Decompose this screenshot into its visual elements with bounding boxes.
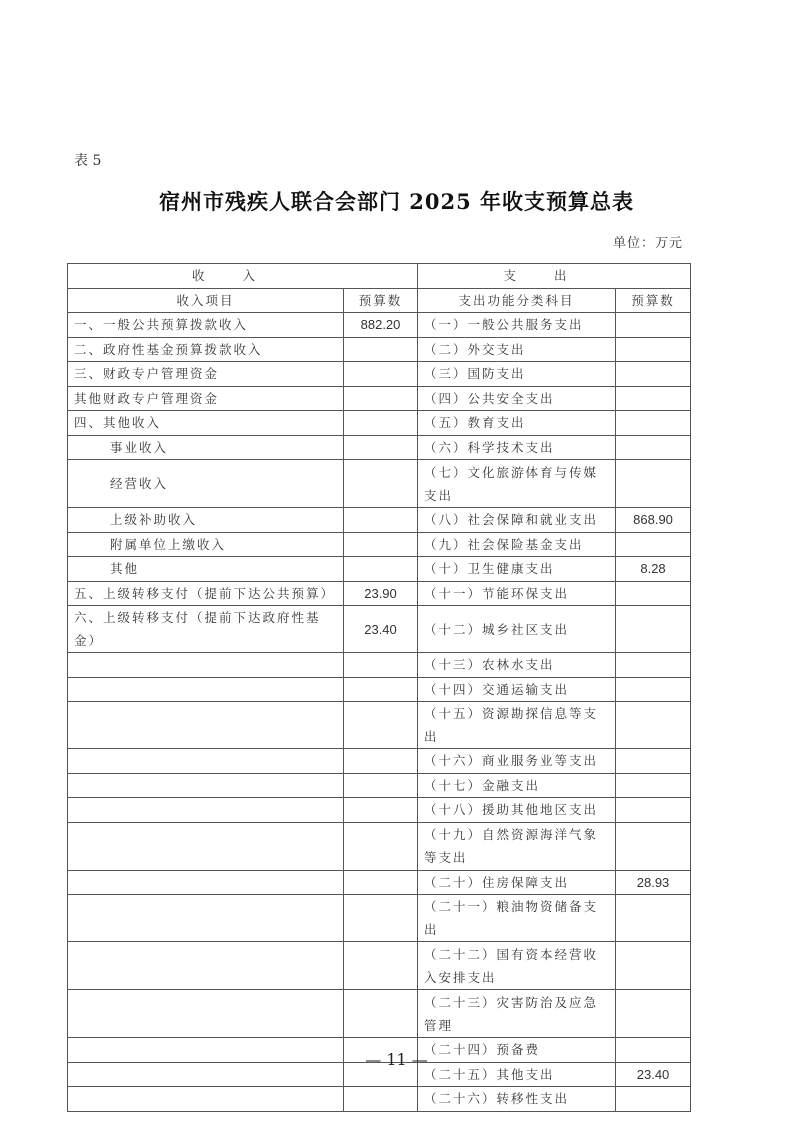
unit-label: 单位：万元	[613, 232, 683, 251]
expense-item-cell: （六）科学技术支出	[418, 435, 616, 460]
expense-section-header: 支出	[418, 264, 691, 289]
income-amount-cell	[344, 702, 418, 749]
expense-amount-cell	[616, 749, 691, 774]
table-row: （十三）农林水支出	[68, 653, 691, 678]
expense-item-cell: （二十一）粮油物资储备支出	[418, 895, 616, 942]
expense-item-cell: （七）文化旅游体育与传媒支出	[418, 460, 616, 508]
expense-item-header: 支出功能分类科目	[418, 288, 616, 313]
table-row: （二十一）粮油物资储备支出	[68, 895, 691, 942]
expense-item-cell: （十四）交通运输支出	[418, 677, 616, 702]
budget-summary-table: 收入 支出 收入项目 预算数 支出功能分类科目 预算数 一、一般公共预算拨款收入…	[67, 263, 691, 1112]
table-row: 三、财政专户管理资金（三）国防支出	[68, 362, 691, 387]
expense-amount-cell	[616, 435, 691, 460]
income-amount-cell	[344, 460, 418, 508]
income-item-cell: 事业收入	[68, 435, 344, 460]
expense-item-cell: （二）外交支出	[418, 337, 616, 362]
expense-amount-cell	[616, 822, 691, 870]
income-item-cell	[68, 990, 344, 1038]
table-row: 四、其他收入（五）教育支出	[68, 411, 691, 436]
income-item-cell: 其他	[68, 557, 344, 582]
income-amount-cell	[344, 508, 418, 533]
table-row: 五、上级转移支付（提前下达公共预算）23.90（十一）节能环保支出	[68, 581, 691, 606]
income-section-header: 收入	[68, 264, 418, 289]
income-item-cell: 六、上级转移支付（提前下达政府性基金）	[68, 606, 344, 653]
table-row: 经营收入（七）文化旅游体育与传媒支出	[68, 460, 691, 508]
column-header-row: 收入项目 预算数 支出功能分类科目 预算数	[68, 288, 691, 313]
income-amount-cell	[344, 895, 418, 942]
table-row: （二十）住房保障支出28.93	[68, 870, 691, 895]
income-item-cell: 一、一般公共预算拨款收入	[68, 313, 344, 338]
expense-item-cell: （九）社会保险基金支出	[418, 532, 616, 557]
income-item-cell	[68, 822, 344, 870]
expense-item-cell: （十五）资源勘探信息等支出	[418, 702, 616, 749]
expense-amount-cell	[616, 942, 691, 990]
expense-item-cell: （二十三）灾害防治及应急管理	[418, 990, 616, 1038]
income-amount-cell	[344, 870, 418, 895]
income-item-cell	[68, 702, 344, 749]
income-item-cell: 上级补助收入	[68, 508, 344, 533]
expense-amount-cell	[616, 411, 691, 436]
income-amount-cell: 23.40	[344, 606, 418, 653]
expense-amount-cell	[616, 532, 691, 557]
income-amount-cell	[344, 653, 418, 678]
table-row: 六、上级转移支付（提前下达政府性基金）23.40（十二）城乡社区支出	[68, 606, 691, 653]
expense-amount-cell	[616, 313, 691, 338]
expense-item-cell: （八）社会保障和就业支出	[418, 508, 616, 533]
expense-item-cell: （五）教育支出	[418, 411, 616, 436]
expense-item-cell: （十七）金融支出	[418, 773, 616, 798]
income-item-cell: 三、财政专户管理资金	[68, 362, 344, 387]
income-amount-cell	[344, 362, 418, 387]
table-row: （十四）交通运输支出	[68, 677, 691, 702]
expense-amount-cell	[616, 581, 691, 606]
income-item-cell	[68, 677, 344, 702]
expense-amount-cell: 8.28	[616, 557, 691, 582]
table-row: （十八）援助其他地区支出	[68, 798, 691, 823]
expense-amount-cell: 868.90	[616, 508, 691, 533]
income-amount-cell	[344, 773, 418, 798]
expense-item-cell: （二十六）转移性支出	[418, 1087, 616, 1112]
table-label: 表 5	[74, 150, 101, 170]
income-item-cell	[68, 749, 344, 774]
expense-amount-cell	[616, 460, 691, 508]
table-row: 附属单位上缴收入（九）社会保险基金支出	[68, 532, 691, 557]
expense-amount-cell	[616, 798, 691, 823]
expense-item-cell: （四）公共安全支出	[418, 386, 616, 411]
page-number: — 11 —	[0, 1050, 793, 1069]
income-amount-cell	[344, 435, 418, 460]
income-amount-cell	[344, 411, 418, 436]
income-item-cell: 经营收入	[68, 460, 344, 508]
expense-amount-cell	[616, 677, 691, 702]
income-amount-cell	[344, 822, 418, 870]
expense-amount-cell	[616, 773, 691, 798]
expense-amount-cell	[616, 895, 691, 942]
expense-amount-header: 预算数	[616, 288, 691, 313]
table-row: （十六）商业服务业等支出	[68, 749, 691, 774]
expense-amount-cell	[616, 990, 691, 1038]
expense-amount-cell	[616, 337, 691, 362]
income-amount-cell: 23.90	[344, 581, 418, 606]
table-row: （十九）自然资源海洋气象等支出	[68, 822, 691, 870]
expense-item-cell: （二十）住房保障支出	[418, 870, 616, 895]
income-item-cell: 其他财政专户管理资金	[68, 386, 344, 411]
income-amount-cell	[344, 677, 418, 702]
income-amount-cell	[344, 1087, 418, 1112]
expense-amount-cell	[616, 702, 691, 749]
section-header-row: 收入 支出	[68, 264, 691, 289]
income-item-cell	[68, 895, 344, 942]
table-row: 其他财政专户管理资金（四）公共安全支出	[68, 386, 691, 411]
income-amount-cell	[344, 557, 418, 582]
expense-item-cell: （二十二）国有资本经营收入安排支出	[418, 942, 616, 990]
income-amount-cell	[344, 749, 418, 774]
expense-amount-cell	[616, 653, 691, 678]
income-item-cell	[68, 870, 344, 895]
income-amount-cell	[344, 990, 418, 1038]
table-row: 其他（十）卫生健康支出8.28	[68, 557, 691, 582]
expense-amount-cell	[616, 606, 691, 653]
expense-item-cell: （十八）援助其他地区支出	[418, 798, 616, 823]
income-item-cell	[68, 653, 344, 678]
income-amount-cell: 882.20	[344, 313, 418, 338]
expense-amount-cell	[616, 1087, 691, 1112]
income-amount-cell	[344, 942, 418, 990]
table-row: （十五）资源勘探信息等支出	[68, 702, 691, 749]
table-row: 一、一般公共预算拨款收入882.20（一）一般公共服务支出	[68, 313, 691, 338]
income-item-header: 收入项目	[68, 288, 344, 313]
table-row: 上级补助收入（八）社会保障和就业支出868.90	[68, 508, 691, 533]
table-row: （二十六）转移性支出	[68, 1087, 691, 1112]
expense-item-cell: （十九）自然资源海洋气象等支出	[418, 822, 616, 870]
expense-item-cell: （十二）城乡社区支出	[418, 606, 616, 653]
expense-amount-cell	[616, 362, 691, 387]
income-amount-cell	[344, 532, 418, 557]
table-row: 事业收入（六）科学技术支出	[68, 435, 691, 460]
expense-item-cell: （十）卫生健康支出	[418, 557, 616, 582]
income-item-cell: 五、上级转移支付（提前下达公共预算）	[68, 581, 344, 606]
expense-item-cell: （十六）商业服务业等支出	[418, 749, 616, 774]
income-amount-cell	[344, 337, 418, 362]
expense-item-cell: （一）一般公共服务支出	[418, 313, 616, 338]
income-item-cell	[68, 1087, 344, 1112]
expense-amount-cell: 28.93	[616, 870, 691, 895]
table-row: （二十二）国有资本经营收入安排支出	[68, 942, 691, 990]
income-item-cell	[68, 773, 344, 798]
page-title: 宿州市残疾人联合会部门 2025 年收支预算总表	[0, 186, 793, 216]
table-row: （二十三）灾害防治及应急管理	[68, 990, 691, 1038]
expense-amount-cell	[616, 386, 691, 411]
expense-item-cell: （十一）节能环保支出	[418, 581, 616, 606]
expense-item-cell: （十三）农林水支出	[418, 653, 616, 678]
income-item-cell	[68, 798, 344, 823]
table-row: （十七）金融支出	[68, 773, 691, 798]
table-row: 二、政府性基金预算拨款收入（二）外交支出	[68, 337, 691, 362]
income-amount-header: 预算数	[344, 288, 418, 313]
expense-item-cell: （三）国防支出	[418, 362, 616, 387]
income-item-cell	[68, 942, 344, 990]
income-amount-cell	[344, 386, 418, 411]
income-item-cell: 二、政府性基金预算拨款收入	[68, 337, 344, 362]
income-item-cell: 四、其他收入	[68, 411, 344, 436]
income-amount-cell	[344, 798, 418, 823]
income-item-cell: 附属单位上缴收入	[68, 532, 344, 557]
